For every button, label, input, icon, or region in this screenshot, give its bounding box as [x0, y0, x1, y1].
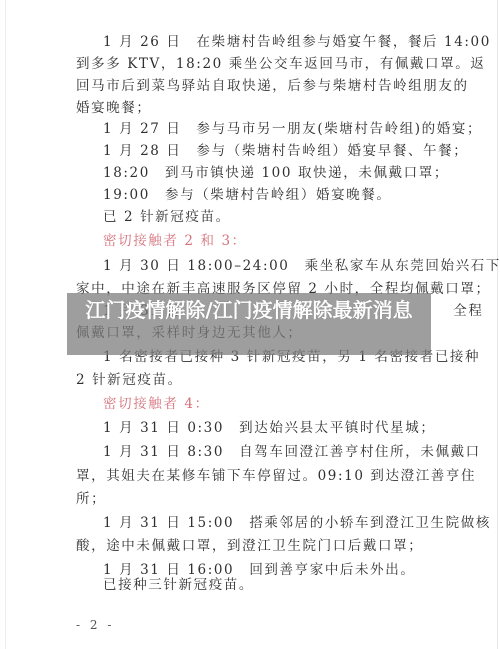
doc-line: 婚宴晚餐； [76, 99, 426, 117]
doc-line: 回马市后到菜鸟驿站自取快递，后参与柴塘村告岭组朋友的 [76, 77, 426, 95]
doc-line: 2 针新冠疫苗。 [76, 371, 426, 389]
doc-line: 1 月 31 日 15:00 搭乘邻居的小轿车到澄江卫生院做核 [103, 514, 426, 532]
doc-line: 1 月 28 日 参与（柴塘村告岭组）婚宴早餐、午餐； [103, 142, 426, 160]
doc-line: 1 月 27 日 参与马市另一朋友(柴塘村告岭组)的婚宴； [103, 120, 426, 138]
doc-line: 1 月 31 日 8:30 自驾车回澄江善亨村住所，未佩戴口 [103, 443, 426, 461]
doc-line: 1 月 31 日 0:30 到达始兴县太平镇时代星城； [103, 419, 426, 437]
doc-line: 1 月 26 日 在柴塘村告岭组参与婚宴午餐，餐后 14:00 [103, 33, 426, 51]
section-heading-contact-4: 密切接触者 4： [103, 395, 426, 413]
page-number: - 2 - [76, 618, 114, 632]
title-overlay-banner[interactable]: 江门疫情解除/江门疫情解除最新消息 [67, 293, 431, 355]
doc-line: 18:20 到马市镇快递 100 取快递，未佩戴口罩； [103, 164, 426, 182]
doc-line: 到多多 KTV，18:20 乘坐公交车返回马市，有佩戴口罩。返 [76, 55, 426, 73]
doc-line: 罩，其姐夫在某修车铺下车停留过。09:10 到达澄江善亨住 [76, 467, 426, 485]
doc-line: 已接种三针新冠疫苗。 [103, 576, 426, 594]
section-heading-contacts-2-3: 密切接触者 2 和 3： [103, 232, 426, 250]
overlay-title[interactable]: 江门疫情解除/江门疫情解除最新消息 [67, 293, 431, 327]
doc-line: 已 2 针新冠疫苗。 [103, 208, 426, 226]
doc-line: 1 月 30 日 18:00–24:00 乘坐私家车从东莞回始兴石下 [103, 257, 426, 275]
doc-line: 19:00 参与（柴塘村告岭组）婚宴晚餐。 [103, 186, 426, 204]
doc-line: 所； [76, 490, 426, 508]
doc-line: 酸，途中未佩戴口罩，到澄江卫生院门口后戴口罩； [76, 537, 426, 555]
